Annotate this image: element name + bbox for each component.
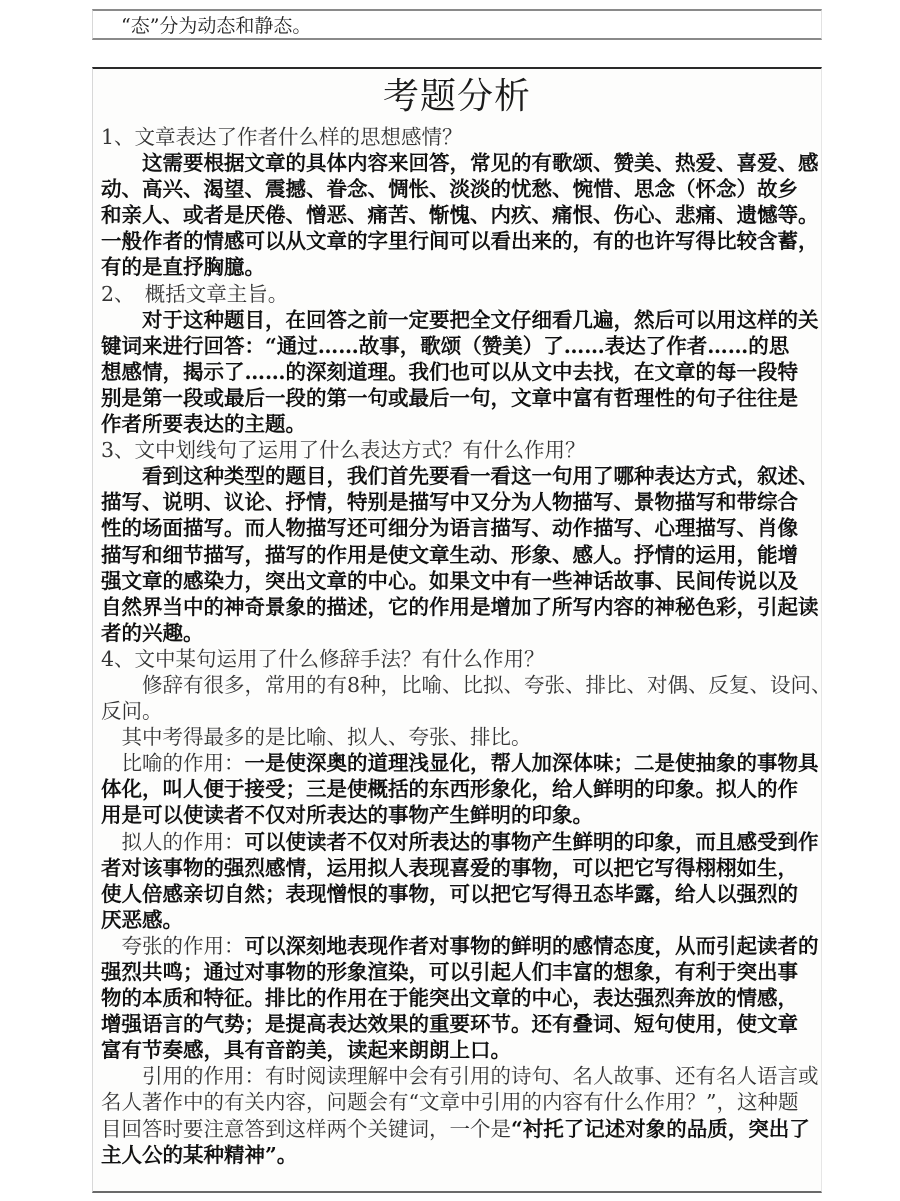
text-line: 1、文章表达了作者什么样的思想感情？ [101,124,817,150]
bold-text: 一是使深奥的道理浅显化，帮人加深体味；二是使抽象的事物具 [245,751,819,775]
text-line: 拟人的作用：可以使读者不仅对所表达的事物产生鲜明的印象，而且感受到作 [101,829,817,855]
bold-text: 这需要根据文章的具体内容来回答，常见的有歌颂、赞美、热爱、喜爱、感 [101,151,819,175]
text-line: 强烈共鸣；通过对事物的形象渲染，可以引起人们丰富的想象，有利于突出事 [101,959,817,985]
regular-text: 修辞有很多，常用的有8种，比喻、比拟、夸张、排比、对偶、反复、设问、 [101,673,832,697]
regular-text: 其中考得最多的是比喻、拟人、夸张、排比。 [101,725,532,749]
text-line: 强文章的感染力，突出文章的中心。如果文中有一些神话故事、民间传说以及 [101,568,817,594]
bold-text: 性的场面描写。而人物描写还可细分为语言描写、动作描写、心理描写、肖像 [101,516,798,540]
text-line: 用是可以使读者不仅对所表达的事物产生鲜明的印象。 [101,802,817,828]
text-line: 比喻的作用：一是使深奥的道理浅显化，帮人加深体味；二是使抽象的事物具 [101,750,817,776]
text-line: 名人著作中的有关内容，问题会有“文章中引用的内容有什么作用？”，这种题 [101,1089,817,1115]
exam-analysis-section: 考题分析 1、文章表达了作者什么样的思想感情？ 这需要根据文章的具体内容来回答，… [92,67,822,1193]
bold-text: 使人倍感亲切自然；表现憎恨的事物，可以把它写得丑态毕露，给人以强烈的 [101,882,798,906]
text-line: 和亲人、或者是厌倦、憎恶、痛苦、惭愧、内疚、痛恨、伤心、悲痛、遗憾等。 [101,202,817,228]
regular-text: 目回答时要注意答到这样两个关键词，一个是 [101,1117,511,1141]
bold-text: 键词来进行回答：“通过……故事，歌颂（赞美）了……表达了作者……的思 [101,334,789,358]
bold-text: 动、高兴、渴望、震撼、眷念、惆怅、淡淡的忧愁、惋惜、思念（怀念）故乡 [101,177,798,201]
bold-text: 想感情，揭示了……的深刻道理。我们也可以从文中去找，在文章的每一段特 [101,360,798,384]
text-line: 有的是直抒胸臆。 [101,254,817,280]
bold-text: 强烈共鸣；通过对事物的形象渲染，可以引起人们丰富的想象，有利于突出事 [101,960,798,984]
bold-text: 对于这种题目，在回答之前一定要把全文仔细看几遍，然后可以用这样的关 [101,308,819,332]
text-line: 其中考得最多的是比喻、拟人、夸张、排比。 [101,724,817,750]
text-line: 反问。 [101,698,817,724]
bold-text: 描写和细节描写，描写的作用是使文章生动、形象、感人。抒情的运用，能增 [101,543,798,567]
text-line: 增强语言的气势；是提高表达效果的重要环节。还有叠词、短句使用，使文章 [101,1011,817,1037]
text-line: 键词来进行回答：“通过……故事，歌颂（赞美）了……表达了作者……的思 [101,333,817,359]
bold-text: 者对该事物的强烈感情，运用拟人表现喜爱的事物，可以把它写得栩栩如生， [101,856,798,880]
bold-text: 可以深刻地表现作者对事物的鲜明的感情态度，从而引起读者的 [245,934,819,958]
text-line: 一般作者的情感可以从文章的字里行间可以看出来的，有的也许写得比较含蓄， [101,228,817,254]
bold-text: 看到这种类型的题目，我们首先要看一看这一句用了哪种表达方式，叙述、 [101,464,819,488]
bold-text: 主人公的某种精神”。 [101,1143,297,1167]
text-line: 修辞有很多，常用的有8种，比喻、比拟、夸张、排比、对偶、反复、设问、 [101,672,817,698]
bold-text: 描写、说明、议论、抒情，特别是描写中又分为人物描写、景物描写和带综合 [101,490,798,514]
regular-text: 名人著作中的有关内容，问题会有“文章中引用的内容有什么作用？”，这种题 [101,1090,798,1114]
text-line: 2、 概括文章主旨。 [101,281,817,307]
text-line: 性的场面描写。而人物描写还可细分为语言描写、动作描写、心理描写、肖像 [101,515,817,541]
text-line: 物的本质和特征。排比的作用在于能突出文章的中心，表达强烈奔放的情感， [101,985,817,1011]
bold-text: 厌恶感。 [101,908,183,932]
text-line: 体化，叫人便于接受；三是使概括的东西形象化，给人鲜明的印象。拟人的作 [101,776,817,802]
bold-text: 可以使读者不仅对所表达的事物产生鲜明的印象，而且感受到作 [245,830,819,854]
bold-text: 自然界当中的神奇景象的描述，它的作用是增加了所写内容的神秘色彩，引起读 [101,595,819,619]
regular-text: 拟人的作用： [101,830,245,854]
text-line: 作者所要表达的主题。 [101,411,817,437]
bold-text: 一般作者的情感可以从文章的字里行间可以看出来的，有的也许写得比较含蓄， [101,229,819,253]
bold-text: 物的本质和特征。排比的作用在于能突出文章的中心，表达强烈奔放的情感， [101,986,798,1010]
regular-text: 反问。 [101,699,163,723]
bold-text: 增强语言的气势；是提高表达效果的重要环节。还有叠词、短句使用，使文章 [101,1012,798,1036]
text-line: 夸张的作用：可以深刻地表现作者对事物的鲜明的感情态度，从而引起读者的 [101,933,817,959]
previous-section-text: “态”分为动态和静态。 [121,14,311,40]
regular-text: 比喻的作用： [101,751,245,775]
text-line: 对于这种题目，在回答之前一定要把全文仔细看几遍，然后可以用这样的关 [101,307,817,333]
regular-text: 4、文中某句运用了什么修辞手法？有什么作用？ [101,647,545,671]
text-line: 主人公的某种精神”。 [101,1142,817,1168]
text-line: 这需要根据文章的具体内容来回答，常见的有歌颂、赞美、热爱、喜爱、感 [101,150,817,176]
bold-text: 富有节奏感，具有音韵美，读起来朗朗上口。 [101,1038,511,1062]
bold-text: 体化，叫人便于接受；三是使概括的东西形象化，给人鲜明的印象。拟人的作 [101,777,798,801]
section-title: 考题分析 [93,75,821,119]
text-line: 4、文中某句运用了什么修辞手法？有什么作用？ [101,646,817,672]
text-line: 别是第一段或最后一段的第一句或最后一句，文章中富有哲理性的句子往往是 [101,385,817,411]
bold-text: 和亲人、或者是厌倦、憎恶、痛苦、惭愧、内疚、痛恨、伤心、悲痛、遗憾等。 [101,203,819,227]
bold-text: “衬托了记述对象的品质，突出了 [511,1117,810,1141]
regular-text: 引用的作用：有时阅读理解中会有引用的诗句、名人故事、还有名人语言或 [101,1064,819,1088]
bold-text: 用是可以使读者不仅对所表达的事物产生鲜明的印象。 [101,803,593,827]
text-line: 者对该事物的强烈感情，运用拟人表现喜爱的事物，可以把它写得栩栩如生， [101,855,817,881]
regular-text: 1、文章表达了作者什么样的思想感情？ [101,125,463,149]
bold-text: 强文章的感染力，突出文章的中心。如果文中有一些神话故事、民间传说以及 [101,569,798,593]
text-line: 想感情，揭示了……的深刻道理。我们也可以从文中去找，在文章的每一段特 [101,359,817,385]
text-line: 使人倍感亲切自然；表现憎恨的事物，可以把它写得丑态毕露，给人以强烈的 [101,881,817,907]
bold-text: 作者所要表达的主题。 [101,412,306,436]
text-line: 自然界当中的神奇景象的描述，它的作用是增加了所写内容的神秘色彩，引起读 [101,594,817,620]
text-line: 引用的作用：有时阅读理解中会有引用的诗句、名人故事、还有名人语言或 [101,1063,817,1089]
regular-text: 3、文中划线句了运用了什么表达方式？有什么作用？ [101,438,586,462]
section-body: 1、文章表达了作者什么样的思想感情？ 这需要根据文章的具体内容来回答，常见的有歌… [101,124,817,1168]
regular-text: 2、 概括文章主旨。 [101,282,288,306]
text-line: 富有节奏感，具有音韵美，读起来朗朗上口。 [101,1037,817,1063]
text-line: 目回答时要注意答到这样两个关键词，一个是“衬托了记述对象的品质，突出了 [101,1116,817,1142]
text-line: 描写和细节描写，描写的作用是使文章生动、形象、感人。抒情的运用，能增 [101,542,817,568]
bold-text: 有的是直抒胸臆。 [101,255,265,279]
text-line: 者的兴趣。 [101,620,817,646]
previous-section-box: “态”分为动态和静态。 [92,9,822,40]
text-line: 看到这种类型的题目，我们首先要看一看这一句用了哪种表达方式，叙述、 [101,463,817,489]
text-line: 3、文中划线句了运用了什么表达方式？有什么作用？ [101,437,817,463]
text-line: 描写、说明、议论、抒情，特别是描写中又分为人物描写、景物描写和带综合 [101,489,817,515]
text-line: 厌恶感。 [101,907,817,933]
bold-text: 者的兴趣。 [101,621,204,645]
regular-text: 夸张的作用： [101,934,245,958]
bold-text: 别是第一段或最后一段的第一句或最后一句，文章中富有哲理性的句子往往是 [101,386,798,410]
text-line: 动、高兴、渴望、震撼、眷念、惆怅、淡淡的忧愁、惋惜、思念（怀念）故乡 [101,176,817,202]
